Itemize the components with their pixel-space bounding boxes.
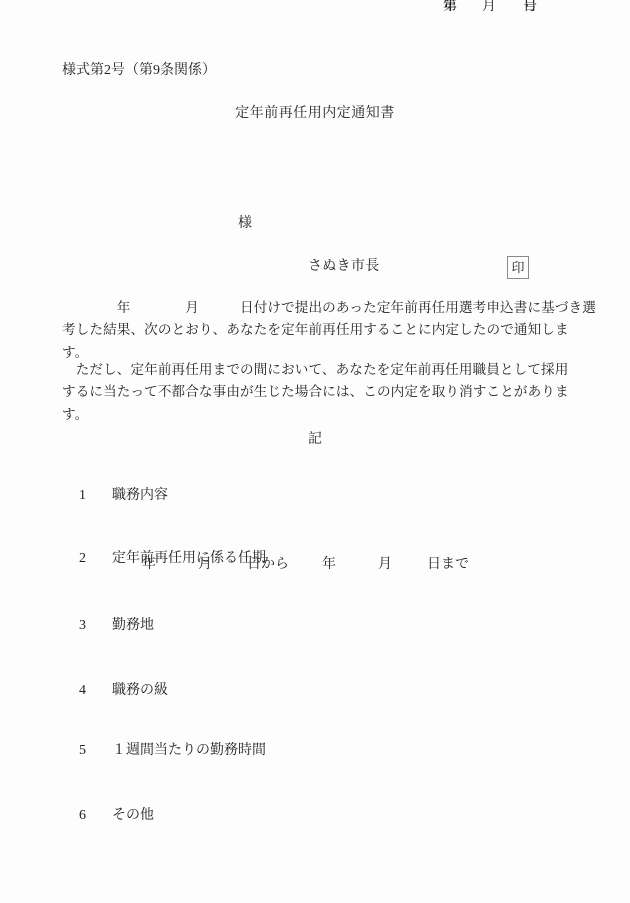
list-marker: 記 [0, 433, 630, 447]
issuer-title: さぬき市長 [308, 260, 380, 274]
item-label: 職務内容 [112, 488, 168, 503]
item-number: 3 [79, 619, 112, 633]
date-year-label: 年 [443, 0, 457, 14]
seal-box: 印 [507, 256, 529, 279]
paragraph-line: ただし、定年前再任用までの間において、あなたを定年前再任用職員として採用 [62, 359, 592, 381]
list-item-4: 4職務の級 [65, 670, 168, 712]
term-from-day-label: 日から [247, 558, 289, 572]
term-to-day-label: 日まで [427, 558, 469, 572]
form-number-label: 様式第2号（第9条関係） [62, 64, 216, 78]
date-month-label: 月 [482, 0, 496, 14]
body-paragraph-2: ただし、定年前再任用までの間において、あなたを定年前再任用職員として採用 するに… [62, 359, 592, 426]
item-label: 職務の級 [112, 683, 168, 698]
item-number: 4 [79, 684, 112, 698]
paragraph-line: 年 月 日付けで提出のあった定年前再任用選考申込書に基づき選 [62, 297, 592, 319]
list-item-1: 1職務内容 [65, 475, 168, 517]
term-to-year-label: 年 [322, 558, 336, 572]
term-to-month-label: 月 [378, 558, 392, 572]
item-label: １週間当たりの勤務時間 [112, 743, 266, 758]
body-paragraph-1: 年 月 日付けで提出のあった定年前再任用選考申込書に基づき選 考した結果、次のと… [62, 297, 592, 364]
seal-mark: 印 [511, 261, 524, 274]
recipient-honorific: 様 [238, 217, 252, 231]
paragraph-line: 考した結果、次のとおり、あなたを定年前再任用することに内定したので通知しま [62, 319, 592, 341]
list-item-6: 6その他 [65, 795, 154, 837]
paragraph-line: す。 [62, 404, 592, 426]
item-number: 5 [79, 744, 112, 758]
item-label: 勤務地 [112, 618, 154, 633]
term-period-line: 年 月 日から 年 月 日まで [0, 558, 630, 574]
term-from-year-label: 年 [142, 558, 156, 572]
item-number: 6 [79, 809, 112, 823]
term-from-month-label: 月 [198, 558, 212, 572]
list-item-5: 5１週間当たりの勤務時間 [65, 730, 266, 772]
document-page: 様式第2号（第9条関係） 定年前再任用内定通知書 第 号 年 月 日 様 さぬき… [0, 0, 630, 903]
item-number: 1 [79, 489, 112, 503]
paragraph-line: するに当たって不都合な事由が生じた場合には、この内定を取り消すことがありま [62, 381, 592, 403]
document-date-line: 年 月 日 [0, 16, 630, 32]
list-item-3: 3勤務地 [65, 605, 154, 647]
item-label: その他 [112, 808, 154, 823]
date-day-label: 日 [523, 0, 537, 14]
document-title: 定年前再任用内定通知書 [0, 107, 630, 121]
